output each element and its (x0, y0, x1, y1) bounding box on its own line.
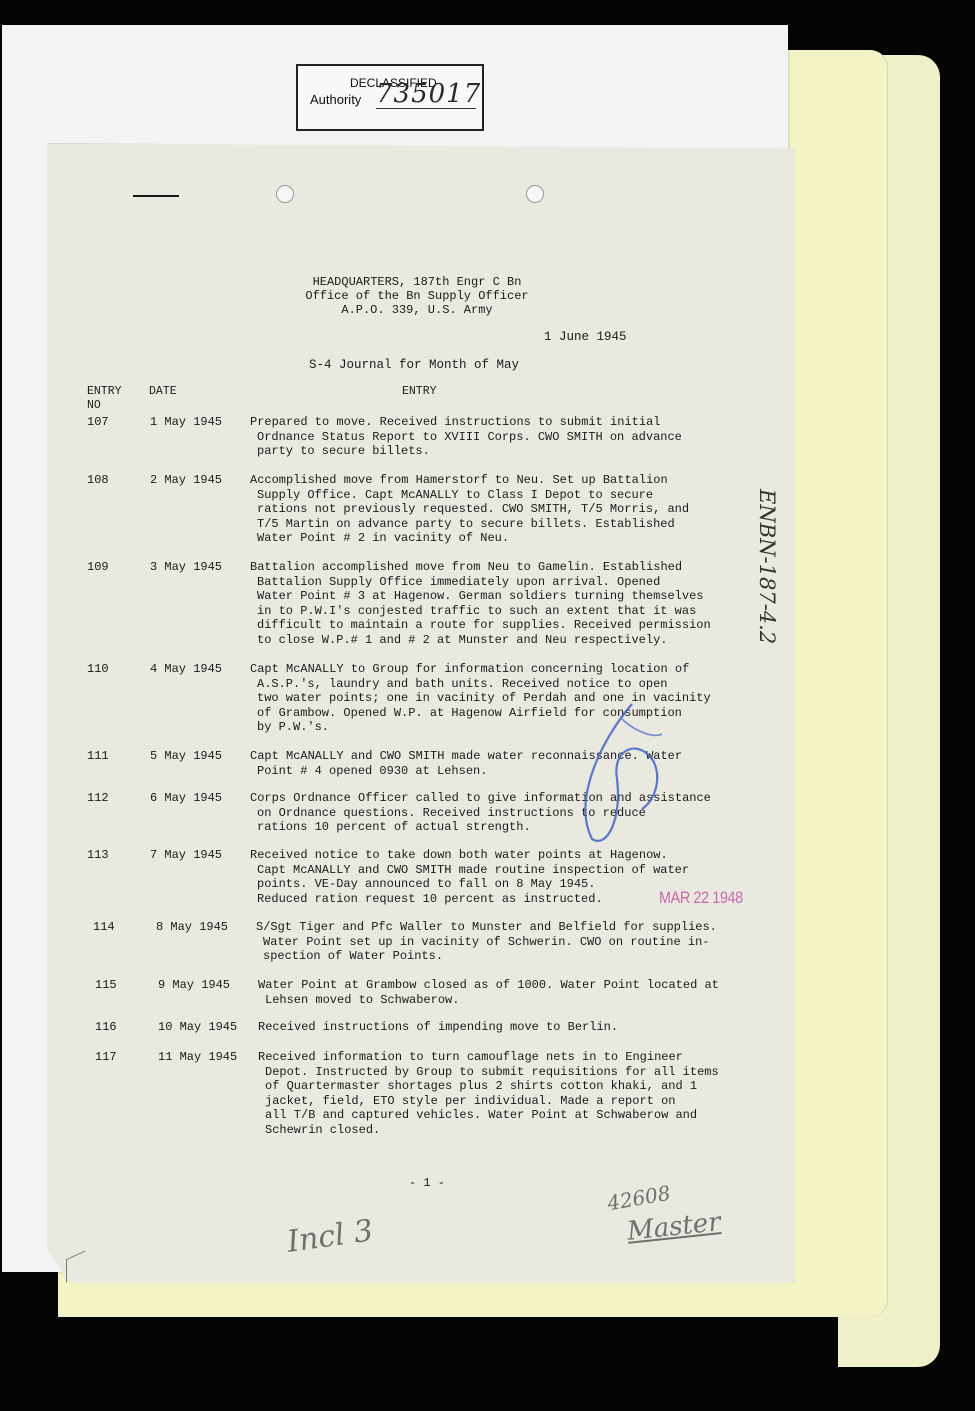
page-number: - 1 - (409, 1176, 445, 1190)
handwritten-inclosure-note: Incl 3 (285, 1213, 375, 1260)
column-header-entry: ENTRY (402, 385, 437, 399)
handwritten-file-number: 42608 (605, 1181, 672, 1216)
declassification-stamp: DECLASSIFIED Authority 735017 (296, 64, 484, 131)
dash-mark (133, 195, 179, 197)
authority-number: 735017 (376, 80, 476, 109)
authority-label: Authority (310, 92, 361, 107)
punch-hole-icon (276, 185, 294, 203)
journal-title: S-4 Journal for Month of May (309, 358, 519, 372)
header-office: Office of the Bn Supply Officer (47, 289, 787, 303)
header-apo: A.P.O. 339, U.S. Army (47, 303, 787, 317)
punch-hole-icon (526, 185, 544, 203)
column-header-entry-no: ENTRY NO (87, 385, 122, 413)
column-header-date: DATE (149, 385, 177, 399)
received-date-stamp: MAR 22 1948 (659, 888, 743, 908)
document-date: 1 June 1945 (544, 330, 627, 344)
blue-ink-mark-icon (562, 699, 672, 849)
header-unit: HEADQUARTERS, 187th Engr C Bn (47, 275, 787, 289)
handwritten-master-note: Master (626, 1207, 722, 1247)
handwritten-margin-file-code: ENBN-187-4.2 (755, 489, 779, 644)
journal-page: HEADQUARTERS, 187th Engr C Bn Office of … (47, 143, 795, 1283)
